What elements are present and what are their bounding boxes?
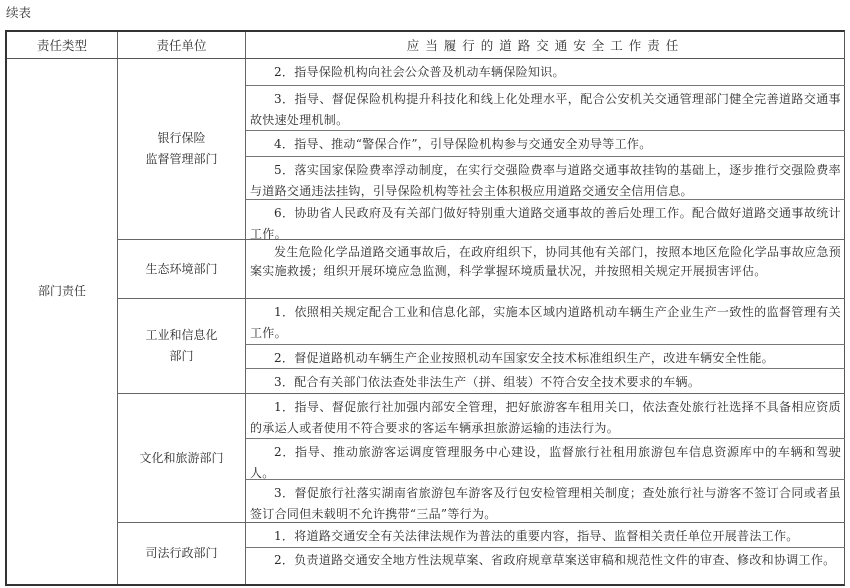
duty-row: 2．指导、推动旅游客运调度管理服务中心建设，监督旅行社租用旅游包车信息资源库中的… [246, 439, 845, 479]
header-duties: 应当履行的道路交通安全工作责任 [246, 32, 845, 58]
duty-row: 4．指导、推动“警保合作”，引导保险机构参与交通安全劝导等工作。 [246, 131, 845, 156]
duty-row: 1．将道路交通安全有关法律法规作为普法的重要内容，指导、监督相关责任单位开展普法… [246, 523, 845, 547]
header-responsibility-type: 责任类型 [7, 32, 117, 58]
unit-label: 生态环境部门 [145, 259, 217, 280]
duty-row: 3．配合有关部门依法查处非法生产（拼、组装）不符合安全技术要求的车辆。 [246, 369, 845, 393]
duty-row: 2．指导保险机构向社会公众普及机动车辆保险知识。 [246, 59, 845, 85]
unit-cell-culture-tourism: 文化和旅游部门 [118, 394, 245, 522]
duty-row: 3．督促旅行社落实湖南省旅游包车游客及行包安检管理相关制度；查处旅行社与游客不签… [246, 480, 845, 522]
responsibility-type-label: 部门责任 [38, 281, 86, 302]
unit-cell-judicial-admin: 司法行政部门 [118, 523, 245, 584]
unit-cell-banking-insurance: 银行保险监督管理部门 [118, 59, 245, 239]
duty-row: 发生危险化学品道路交通事故后，在政府组织下，协同其他有关部门，按照本地区危险化学… [246, 240, 845, 298]
unit-label: 监督管理部门 [145, 149, 217, 170]
unit-label: 文化和旅游部门 [139, 448, 223, 469]
unit-cell-ecology-environment: 生态环境部门 [118, 240, 245, 298]
header-responsible-unit: 责任单位 [118, 32, 245, 58]
table-caption: 续表 [6, 3, 31, 21]
unit-label: 司法行政部门 [145, 543, 217, 564]
duty-row: 1．依照相关规定配合工业和信息化部，实施本区域内道路机动车辆生产企业生产一致性的… [246, 299, 845, 344]
duty-row: 1．指导、督促旅行社加强内部安全管理，把好旅游客车租用关口，依法查处旅行社选择不… [246, 394, 845, 438]
unit-label: 部门 [145, 346, 217, 367]
duty-row: 6．协助省人民政府及有关部门做好特别重大道路交通事故的善后处理工作。配合做好道路… [246, 200, 845, 239]
responsibility-type-cell: 部门责任 [7, 59, 117, 584]
unit-label: 工业和信息化 [145, 325, 217, 346]
duty-row: 3．指导、督促保险机构提升科技化和线上化处理水平，配合公安机关交通管理部门健全完… [246, 86, 845, 130]
duty-row: 5．落实国家保险费率浮动制度，在实行交强险费率与道路交通事故挂钩的基础上，逐步推… [246, 157, 845, 199]
responsibility-table: 责任类型 责任单位 应当履行的道路交通安全工作责任 部门责任 银行保险监督管理部… [5, 30, 845, 586]
duty-row: 2．负责道路交通安全地方性法规草案、省政府规章草案送审稿和规范性文件的审查、修改… [246, 548, 845, 584]
unit-cell-industry-it: 工业和信息化部门 [118, 299, 245, 393]
duty-row: 2．督促道路机动车辆生产企业按照机动车国家安全技术标准组织生产，改进车辆安全性能… [246, 345, 845, 368]
unit-label: 银行保险 [145, 128, 217, 149]
